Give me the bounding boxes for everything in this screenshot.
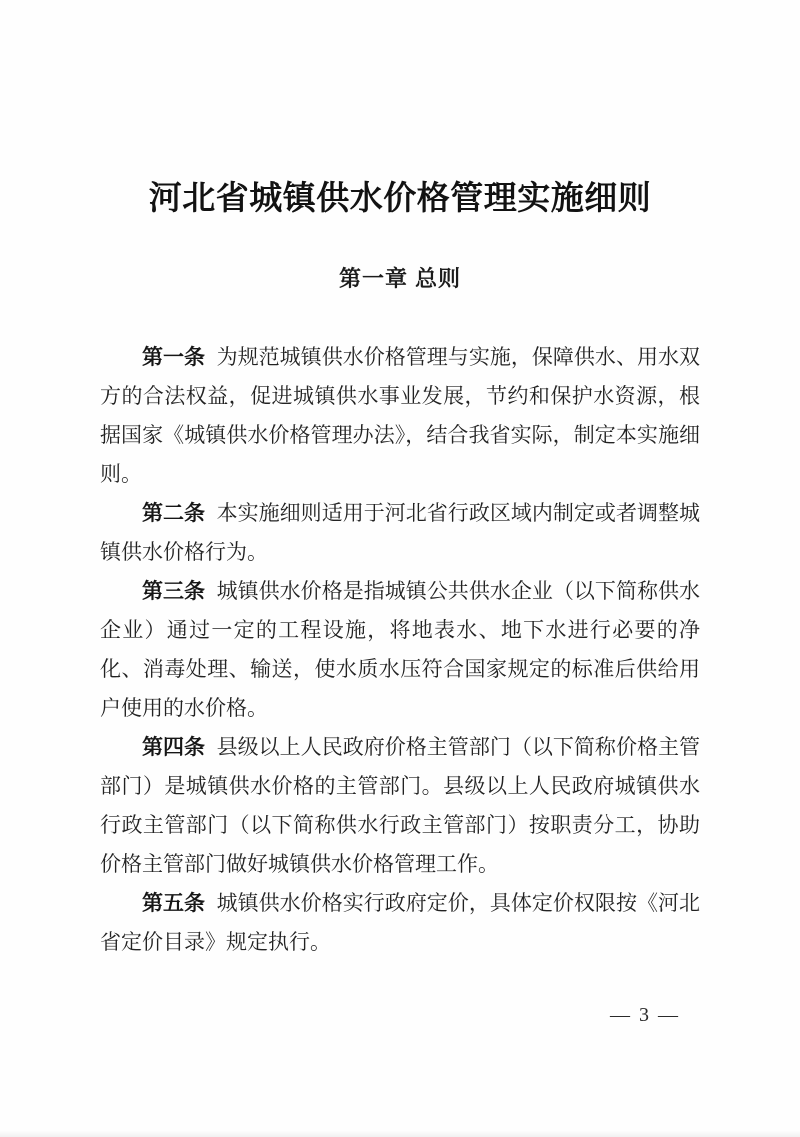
article-label: 第一条 bbox=[142, 346, 205, 369]
document-title: 河北省城镇供水价格管理实施细则 bbox=[0, 179, 800, 219]
document-body: 第一条为规范城镇供水价格管理与实施，保障供水、用水双方的合法权益，促进城镇供水事… bbox=[100, 338, 700, 962]
article-paragraph-1: 第一条为规范城镇供水价格管理与实施，保障供水、用水双方的合法权益，促进城镇供水事… bbox=[100, 338, 700, 494]
article-paragraph-5: 第五条城镇供水价格实行政府定价，具体定价权限按《河北省定价目录》规定执行。 bbox=[100, 884, 700, 962]
article-paragraph-4: 第四条县级以上人民政府价格主管部门（以下简称价格主管部门）是城镇供水价格的主管部… bbox=[100, 728, 700, 884]
article-label: 第五条 bbox=[142, 892, 205, 915]
document-page: 河北省城镇供水价格管理实施细则 第一章 总则 第一条为规范城镇供水价格管理与实施… bbox=[0, 0, 800, 1137]
article-label: 第四条 bbox=[142, 736, 205, 759]
article-paragraph-2: 第二条本实施细则适用于河北省行政区域内制定或者调整城镇供水价格行为。 bbox=[100, 494, 700, 572]
page-number: — 3 — bbox=[610, 1004, 680, 1027]
article-label: 第三条 bbox=[142, 580, 205, 603]
scan-edge-shadow bbox=[0, 1130, 800, 1137]
article-paragraph-3: 第三条城镇供水价格是指城镇公共供水企业（以下简称供水企业）通过一定的工程设施，将… bbox=[100, 572, 700, 728]
chapter-heading: 第一章 总则 bbox=[0, 265, 800, 293]
article-label: 第二条 bbox=[142, 502, 205, 525]
